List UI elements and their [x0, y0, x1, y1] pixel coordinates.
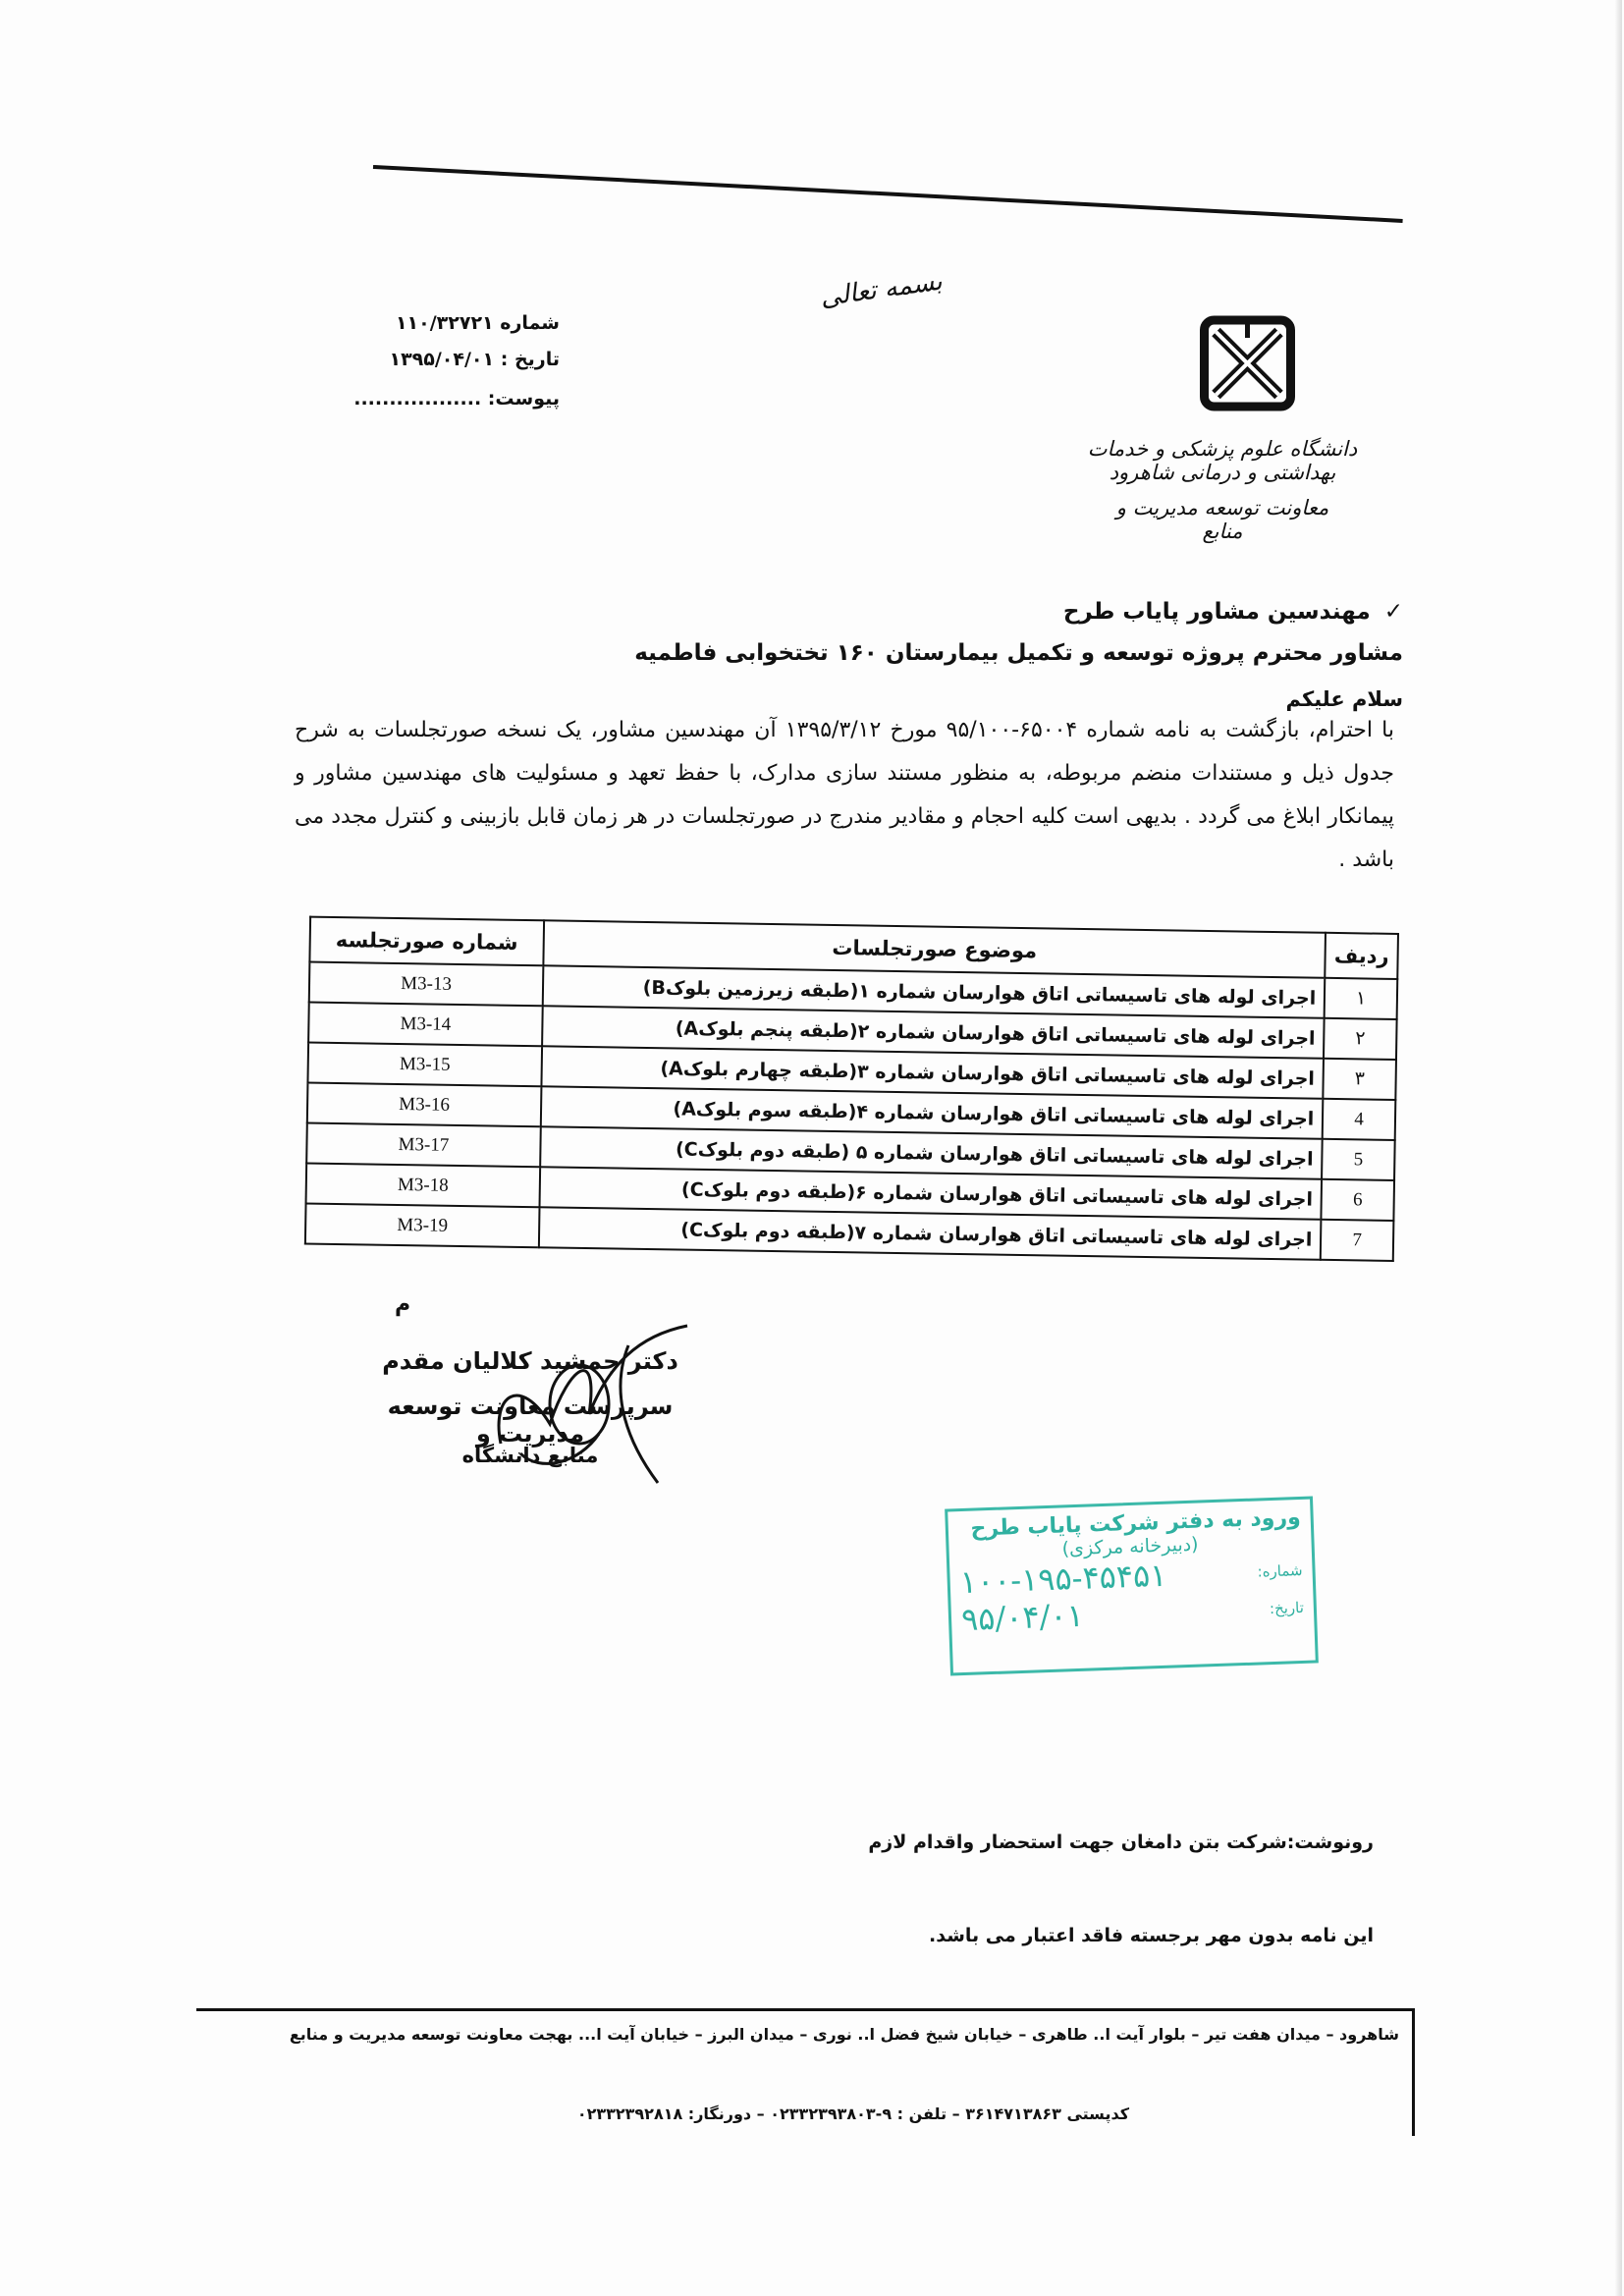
header-minutes-number: شماره صورتجلسه: [309, 917, 544, 966]
letter-date-label: تاریخ :: [501, 349, 560, 370]
letter-number: شماره ۱۱۰/۳۲۷۲۱: [324, 312, 560, 334]
attachment-label: پیوست:: [488, 388, 560, 410]
letter-date-value: ۱۳۹۵/۰۴/۰۱: [389, 349, 494, 370]
row-number: 6: [1322, 1179, 1394, 1221]
department-name: معاونت توسعه مدیریت و منابع: [1110, 496, 1335, 543]
row-number: 4: [1323, 1099, 1395, 1140]
letter-number-value: ۱۱۰/۳۲۷۲۱: [396, 312, 494, 334]
row-minutes-number: M3-15: [307, 1043, 542, 1087]
letter-number-label: شماره: [500, 312, 560, 334]
row-minutes-number: M3-16: [307, 1083, 542, 1127]
header-row-number: ردیف: [1326, 933, 1398, 979]
row-number: ۲: [1324, 1018, 1396, 1060]
addressee-line1: ✓ مهندسین مشاور پایاب طرح: [1063, 599, 1403, 625]
carbon-copy-note: رونوشت:شرکت بتن دامغان جهت استحضار واقدا…: [868, 1831, 1374, 1853]
scan-edge-shadow: [1614, 0, 1622, 2296]
header-rule: [373, 165, 1403, 223]
footer-vertical-rule: [1412, 2008, 1415, 2136]
attachment-value: ..................: [353, 388, 481, 410]
row-minutes-number: M3-19: [305, 1204, 540, 1248]
minutes-table: ردیف موضوع صورتجلسات شماره صورتجلسه ۱ اج…: [304, 916, 1399, 1262]
footer-address: شاهرود – میدان هفت تیر – بلوار آیت ا.. ط…: [196, 2025, 1399, 2044]
stamp-number-value: ۱۰۰-۱۹۵-۴۵۴۵۱: [959, 1557, 1167, 1601]
row-minutes-number: M3-17: [306, 1123, 541, 1168]
check-mark-icon: ✓: [1384, 599, 1403, 625]
letter-date: تاریخ : ۱۳۹۵/۰۴/۰۱: [324, 349, 560, 370]
basmala: بسمه تعالی: [819, 266, 945, 312]
addressee-firm: مهندسین مشاور پایاب طرح: [1063, 599, 1371, 625]
stamp-number-label: شماره:: [1257, 1561, 1303, 1581]
row-number: 7: [1321, 1220, 1393, 1261]
university-logo-icon: [1196, 314, 1299, 412]
receipt-stamp: ورود به دفتر شرکت پایاب طرح (دبیرخانه مر…: [945, 1497, 1319, 1676]
row-number: 5: [1322, 1139, 1394, 1180]
stamp-date-value: ۹۵/۰۴/۰۱: [960, 1597, 1084, 1638]
greeting: سلام علیکم: [1286, 687, 1403, 711]
row-minutes-number: M3-14: [308, 1003, 543, 1047]
footer-rule: [196, 2008, 1414, 2011]
row-minutes-number: M3-18: [306, 1164, 541, 1208]
footer-contact: کدپستی ۳۶۱۴۷۱۳۸۶۳ – تلفن : ۹-۰۲۳۳۲۳۹۳۸۰۳…: [491, 2105, 1129, 2123]
validity-note: این نامه بدون مهر برجسته فاقد اعتبار می …: [929, 1925, 1374, 1946]
initial-mark: م: [395, 1292, 410, 1317]
row-minutes-number: M3-13: [309, 962, 544, 1007]
body-paragraph: با احترام، بازگشت به نامه شماره ۶۵۰۰۴-۹۵…: [295, 709, 1394, 882]
handwritten-signature-icon: [481, 1306, 707, 1493]
row-number: ۱: [1325, 978, 1397, 1019]
row-number: ۳: [1324, 1059, 1396, 1100]
letter-attachment: پیوست: ..................: [324, 388, 560, 410]
stamp-date-label: تاریخ:: [1270, 1599, 1305, 1617]
addressee-line2: مشاور محترم پروژه توسعه و تکمیل بیمارستا…: [634, 640, 1403, 666]
university-name: دانشگاه علوم پزشکی و خدمات بهداشتی و درم…: [1060, 437, 1384, 484]
